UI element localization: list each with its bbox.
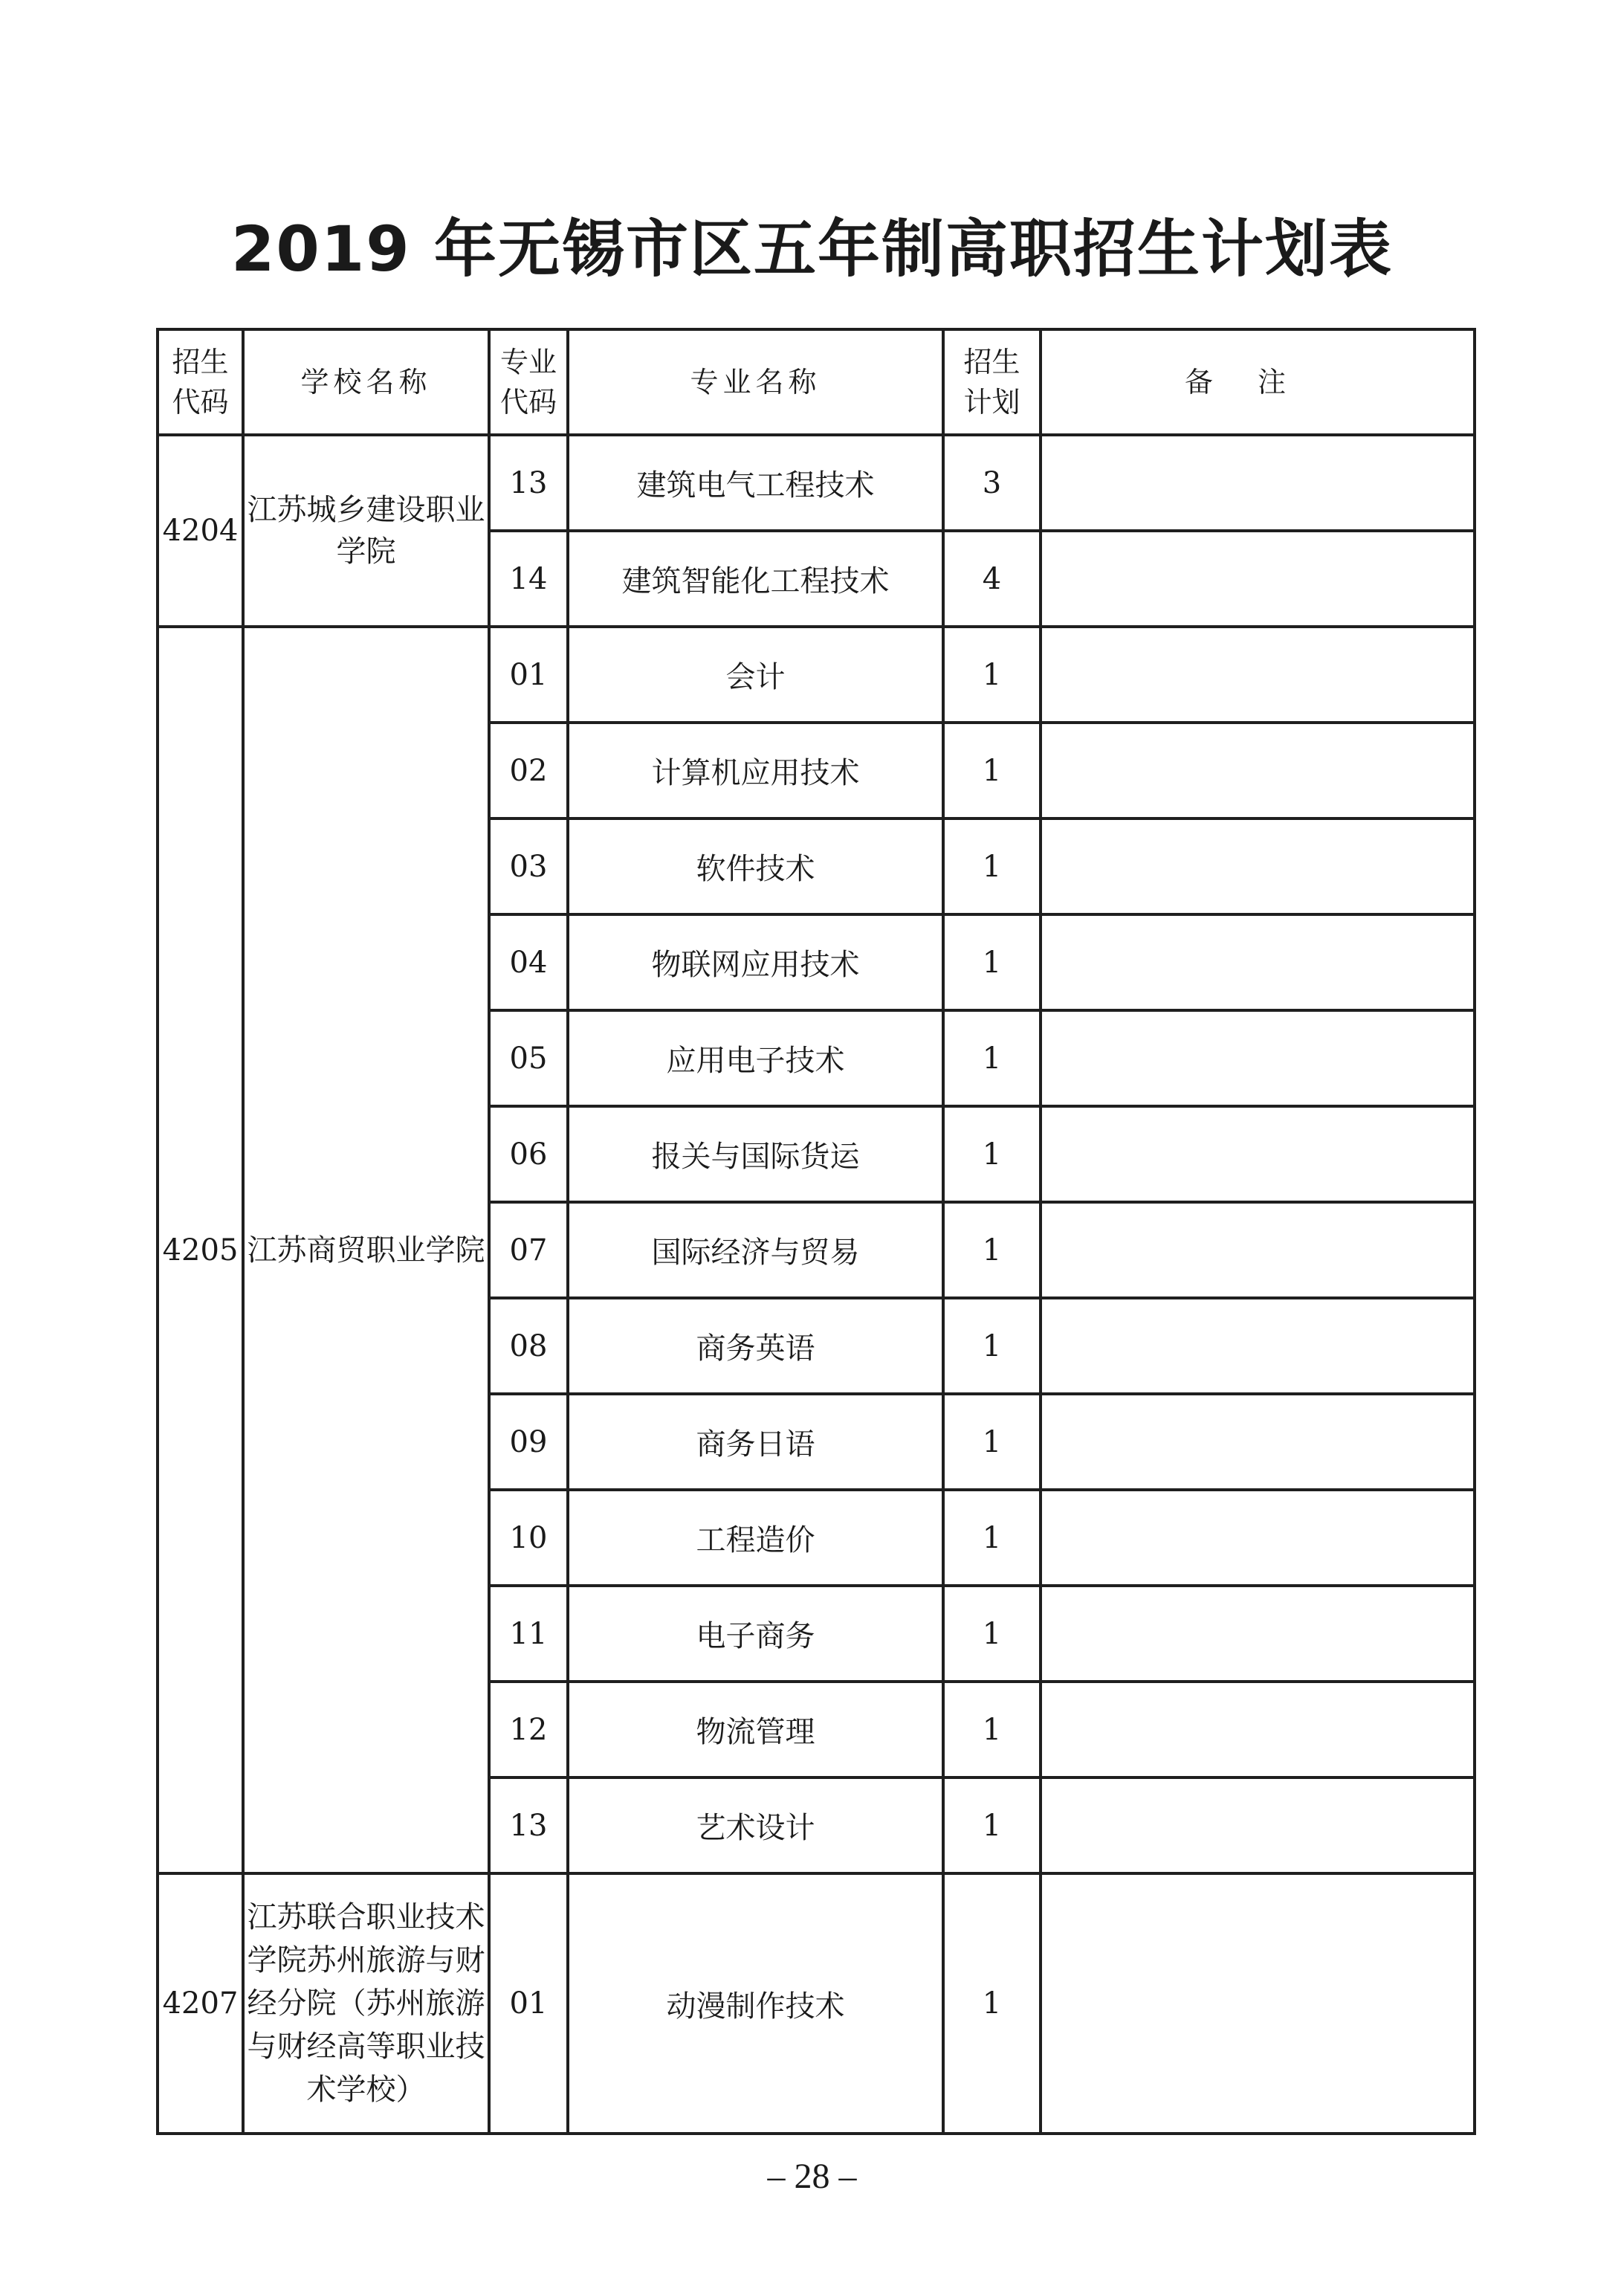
- plan-cell: 1: [943, 1490, 1041, 1586]
- remark-cell: [1041, 1777, 1475, 1873]
- table-row: 4205 江苏商贸职业学院 01 会计 1: [158, 627, 1475, 723]
- plan-cell: 1: [943, 818, 1041, 914]
- major-code-cell: 01: [489, 1873, 568, 2134]
- school-name-cell: 江苏商贸职业学院: [243, 627, 489, 1873]
- remark-cell: [1041, 818, 1475, 914]
- remark-cell: [1041, 1298, 1475, 1394]
- plan-cell: 1: [943, 1010, 1041, 1106]
- major-name-cell: 工程造价: [568, 1490, 943, 1586]
- header-plan: 招生计划: [943, 329, 1041, 435]
- plan-cell: 1: [943, 1777, 1041, 1873]
- major-code-cell: 14: [489, 531, 568, 627]
- header-major-code: 专业代码: [489, 329, 568, 435]
- page-number: – 28 –: [0, 2156, 1624, 2197]
- enroll-code-cell: 4205: [158, 627, 243, 1873]
- major-code-cell: 01: [489, 627, 568, 723]
- major-name-cell: 物联网应用技术: [568, 914, 943, 1010]
- major-name-cell: 艺术设计: [568, 1777, 943, 1873]
- plan-cell: 1: [943, 723, 1041, 818]
- plan-cell: 1: [943, 627, 1041, 723]
- plan-cell: 4: [943, 531, 1041, 627]
- plan-cell: 1: [943, 1873, 1041, 2134]
- remark-cell: [1041, 723, 1475, 818]
- major-name-cell: 商务英语: [568, 1298, 943, 1394]
- header-enroll-code: 招生代码: [158, 329, 243, 435]
- major-code-cell: 02: [489, 723, 568, 818]
- header-remark: 备注: [1041, 329, 1475, 435]
- major-code-cell: 10: [489, 1490, 568, 1586]
- header-school-name: 学校名称: [243, 329, 489, 435]
- enroll-code-cell: 4207: [158, 1873, 243, 2134]
- remark-cell: [1041, 1202, 1475, 1298]
- enroll-code-cell: 4204: [158, 435, 243, 627]
- major-code-cell: 12: [489, 1682, 568, 1777]
- remark-cell: [1041, 435, 1475, 531]
- plan-cell: 1: [943, 1298, 1041, 1394]
- remark-cell: [1041, 1873, 1475, 2134]
- remark-cell: [1041, 531, 1475, 627]
- major-name-cell: 计算机应用技术: [568, 723, 943, 818]
- major-code-cell: 07: [489, 1202, 568, 1298]
- plan-cell: 1: [943, 1682, 1041, 1777]
- header-major-name: 专业名称: [568, 329, 943, 435]
- major-code-cell: 04: [489, 914, 568, 1010]
- major-code-cell: 13: [489, 435, 568, 531]
- major-name-cell: 商务日语: [568, 1394, 943, 1490]
- major-name-cell: 动漫制作技术: [568, 1873, 943, 2134]
- table-row: 4204 江苏城乡建设职业学院 13 建筑电气工程技术 3: [158, 435, 1475, 531]
- plan-cell: 1: [943, 1586, 1041, 1682]
- enrollment-plan-table: 招生代码 学校名称 专业代码 专业名称 招生计划 备注 4204 江苏城乡建设职…: [156, 328, 1476, 2135]
- table-row: 4207 江苏联合职业技术学院苏州旅游与财经分院（苏州旅游与财经高等职业技术学校…: [158, 1873, 1475, 2134]
- page-title: 2019 年无锡市区五年制高职招生计划表: [0, 199, 1624, 289]
- remark-cell: [1041, 1394, 1475, 1490]
- major-name-cell: 报关与国际货运: [568, 1106, 943, 1202]
- remark-cell: [1041, 1586, 1475, 1682]
- remark-cell: [1041, 1106, 1475, 1202]
- plan-cell: 1: [943, 1106, 1041, 1202]
- major-name-cell: 建筑电气工程技术: [568, 435, 943, 531]
- major-name-cell: 建筑智能化工程技术: [568, 531, 943, 627]
- remark-cell: [1041, 1010, 1475, 1106]
- major-name-cell: 应用电子技术: [568, 1010, 943, 1106]
- school-name-cell: 江苏联合职业技术学院苏州旅游与财经分院（苏州旅游与财经高等职业技术学校）: [243, 1873, 489, 2134]
- major-name-cell: 电子商务: [568, 1586, 943, 1682]
- major-code-cell: 03: [489, 818, 568, 914]
- remark-cell: [1041, 914, 1475, 1010]
- major-code-cell: 13: [489, 1777, 568, 1873]
- major-code-cell: 05: [489, 1010, 568, 1106]
- major-name-cell: 会计: [568, 627, 943, 723]
- remark-cell: [1041, 1490, 1475, 1586]
- major-code-cell: 08: [489, 1298, 568, 1394]
- plan-cell: 1: [943, 1394, 1041, 1490]
- major-code-cell: 11: [489, 1586, 568, 1682]
- major-code-cell: 06: [489, 1106, 568, 1202]
- plan-cell: 1: [943, 914, 1041, 1010]
- plan-cell: 1: [943, 1202, 1041, 1298]
- remark-cell: [1041, 627, 1475, 723]
- major-name-cell: 国际经济与贸易: [568, 1202, 943, 1298]
- major-code-cell: 09: [489, 1394, 568, 1490]
- major-name-cell: 软件技术: [568, 818, 943, 914]
- table-header-row: 招生代码 学校名称 专业代码 专业名称 招生计划 备注: [158, 329, 1475, 435]
- plan-cell: 3: [943, 435, 1041, 531]
- remark-cell: [1041, 1682, 1475, 1777]
- major-name-cell: 物流管理: [568, 1682, 943, 1777]
- school-name-cell: 江苏城乡建设职业学院: [243, 435, 489, 627]
